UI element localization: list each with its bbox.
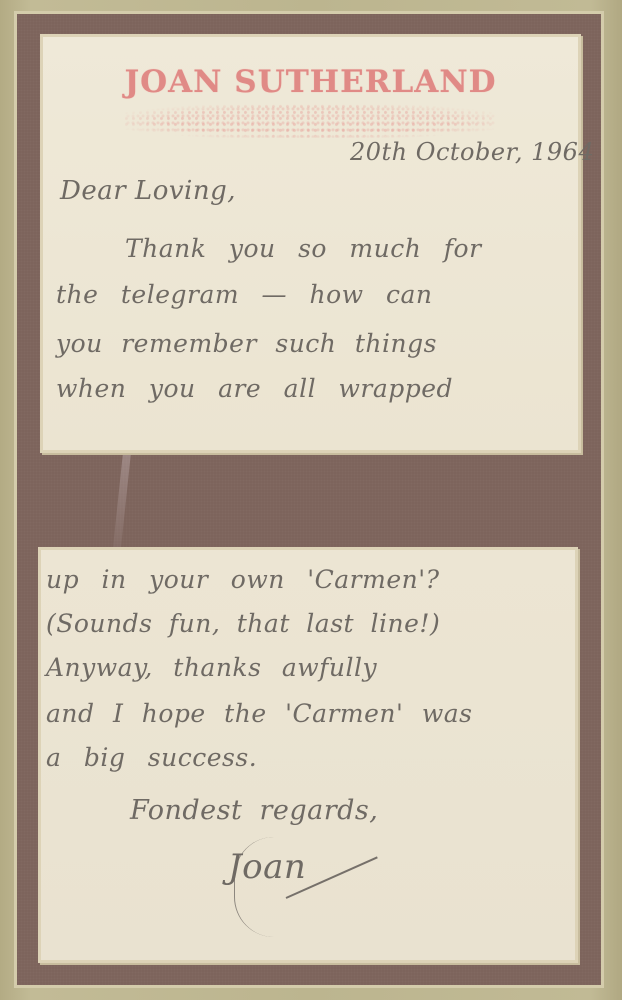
letter-page-top: JOAN SUTHERLAND 20th October, 1964 Dear … <box>40 34 581 453</box>
letter-line: the telegram — how can <box>56 280 433 309</box>
signature: Joan <box>228 847 306 887</box>
letterhead: JOAN SUTHERLAND <box>40 64 581 100</box>
letter-line: (Sounds fun, that last line!) <box>46 609 440 638</box>
letter-line: when you are all wrapped <box>56 374 453 403</box>
letter-line: and I hope the 'Carmen' was <box>46 699 472 728</box>
letter-line: you remember such things <box>56 329 437 358</box>
closing: Fondest regards, <box>130 795 378 826</box>
letterhead-ornament <box>125 104 495 138</box>
letter-line: up in your own 'Carmen'? <box>46 565 440 594</box>
letter-line: Thank you so much for <box>125 234 482 263</box>
salutation: Dear Loving, <box>60 176 236 206</box>
letter-line: a big success. <box>46 743 257 772</box>
letter-date: 20th October, 1964 <box>350 138 594 166</box>
letter-page-bottom: up in your own 'Carmen'? (Sounds fun, th… <box>38 547 578 963</box>
letter-line: Anyway, thanks awfully <box>46 653 377 682</box>
